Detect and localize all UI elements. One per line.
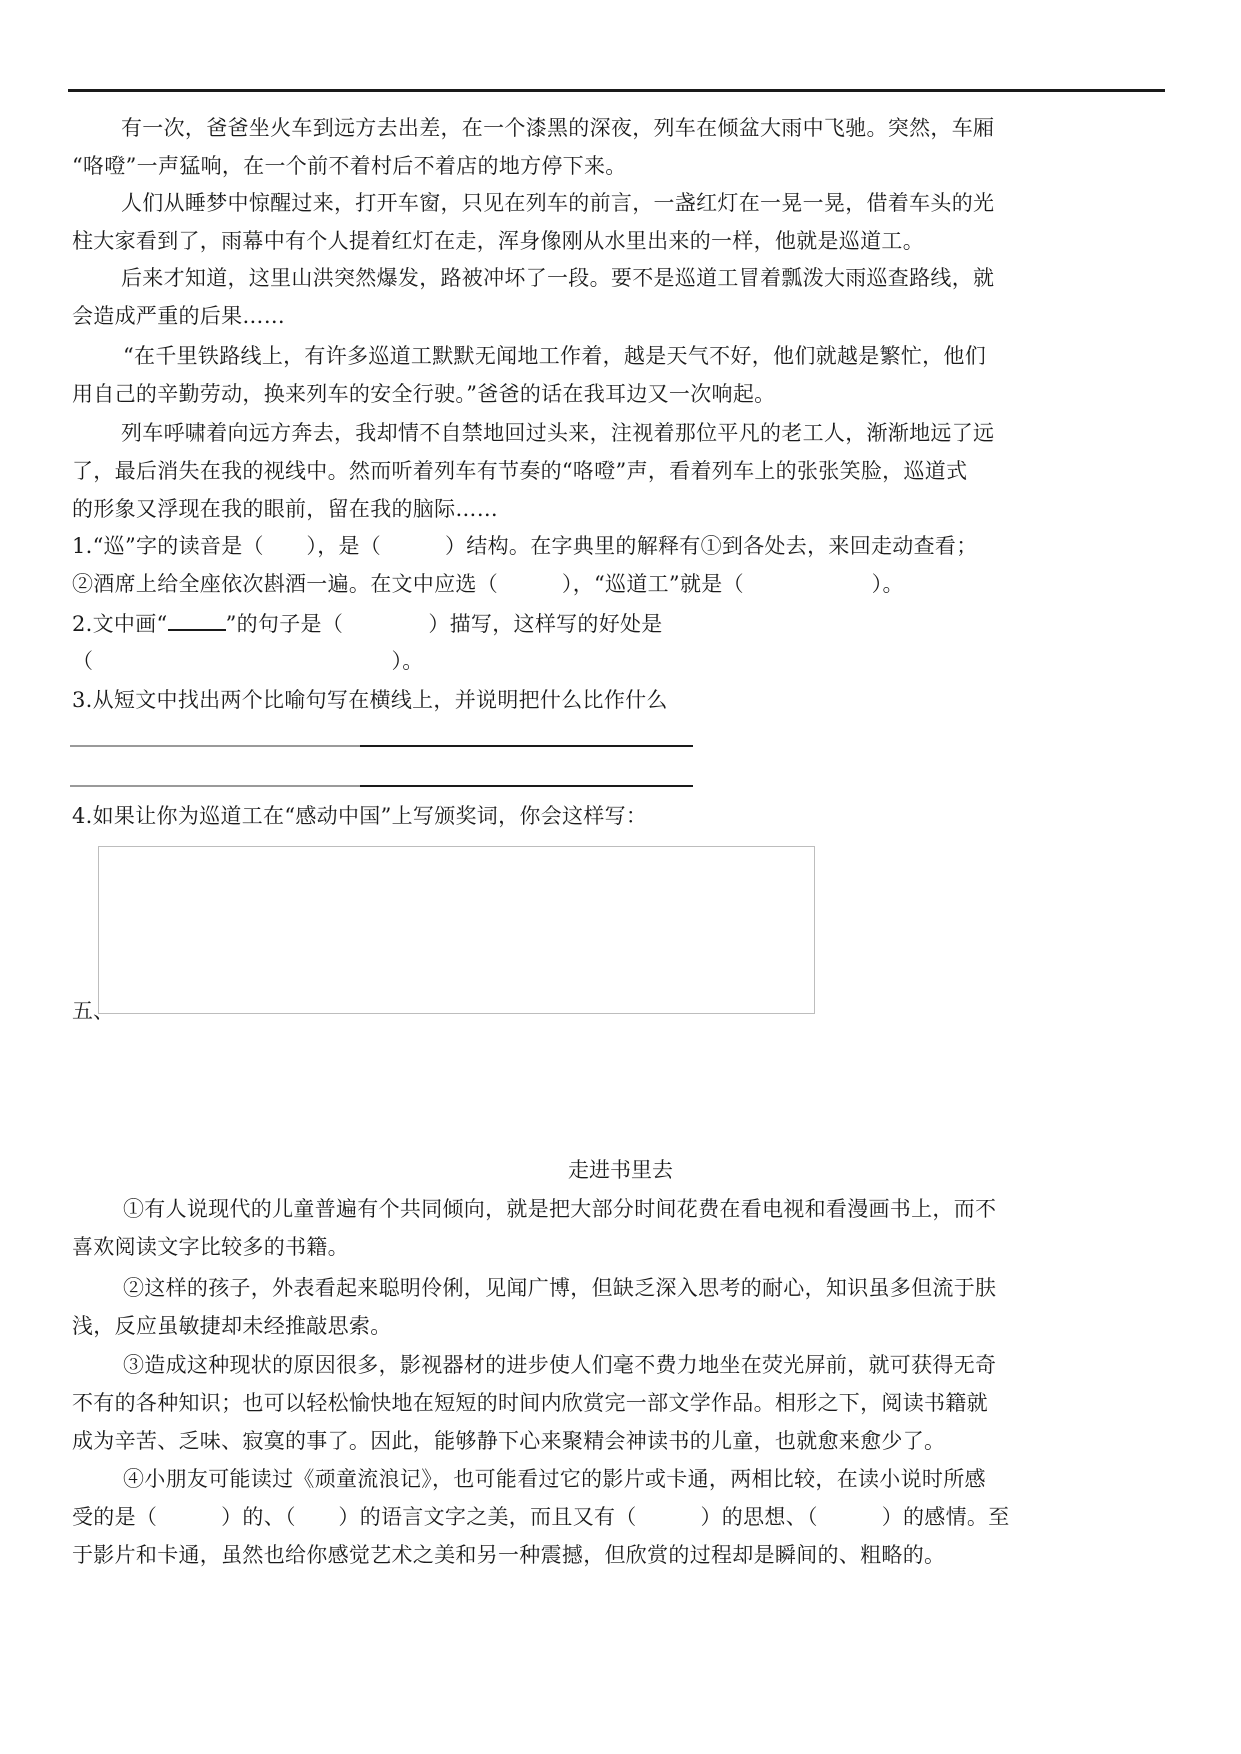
paragraph-line: 会造成严重的后果…… [72, 304, 285, 328]
paragraph-line: 后来才知道，这里山洪突然爆发，路被冲坏了一段。要不是巡道工冒着瓢泼大雨巡查路线，… [121, 266, 994, 290]
paragraph-line: ①有人说现代的儿童普遍有个共同倾向，就是把大部分时间花费在看电视和看漫画书上，而… [123, 1197, 996, 1221]
paragraph-line: 不有的各种知识；也可以轻松愉快地在短短的时间内欣赏完一部文学作品。相形之下，阅读… [72, 1391, 988, 1415]
paragraph-line: 于影片和卡通，虽然也给你感觉艺术之美和另一种震撼，但欣赏的过程却是瞬间的、粗略的… [72, 1543, 945, 1567]
paragraph-line: ②这样的孩子，外表看起来聪明伶俐，见闻广博，但缺乏深入思考的耐心，知识虽多但流于… [123, 1276, 996, 1300]
question-2-suffix: ”的句子是（ ）描写，这样写的好处是 [226, 612, 663, 636]
paragraph-line: 用自己的辛勤劳动，换来列车的安全行驶。”爸爸的话在我耳边又一次响起。 [72, 382, 775, 406]
paragraph-line: “在千里铁路线上，有许多巡道工默默无闻地工作着，越是天气不好，他们就越是繁忙，他… [123, 344, 986, 368]
paragraph-line: 浅，反应虽敏捷却未经推敲思索。 [72, 1314, 392, 1338]
article-title: 走进书里去 [0, 1158, 1241, 1182]
paragraph-line: 有一次，爸爸坐火车到远方去出差，在一个漆黑的深夜，列车在倾盆大雨中飞驰。突然，车… [121, 116, 994, 140]
paragraph-line: 受的是（ ）的、（ ）的语言文字之美，而且又有（ ）的思想、（ ）的感情。至 [72, 1505, 1010, 1529]
paragraph-line: 柱大家看到了，雨幕中有个人提着红灯在走，浑身像刚从水里出来的一样，他就是巡道工。 [72, 229, 924, 253]
paragraph-line: 喜欢阅读文字比较多的书籍。 [72, 1235, 349, 1259]
paragraph-line: ④小朋友可能读过《顽童流浪记》，也可能看过它的影片或卡通，两相比较，在读小说时所… [123, 1467, 986, 1491]
paragraph-line: ③造成这种现状的原因很多，影视器材的进步使人们毫不费力地坐在荧光屏前，就可获得无… [123, 1353, 996, 1377]
answer-line-1[interactable] [70, 745, 693, 747]
paragraph-line: 了，最后消失在我的视线中。然而听着列车有节奏的“咯噔”声，看着列车上的张张笑脸，… [72, 459, 967, 483]
question-1-line-2: ②酒席上给全座依次斟酒一遍。在文中应选（ ），“巡道工”就是（ ）。 [72, 572, 904, 596]
paragraph-line: 的形象又浮现在我的眼前，留在我的脑际…… [72, 497, 498, 521]
question-4-text: 4.如果让你为巡道工在“感动中国”上写颁奖词，你会这样写： [72, 804, 647, 828]
paragraph-line: 人们从睡梦中惊醒过来，打开车窗，只见在列车的前言，一盏红灯在一晃一晃，借着车头的… [121, 191, 994, 215]
paragraph-line: “咯噔”一声猛响，在一个前不着村后不着店的地方停下来。 [72, 154, 627, 178]
award-speech-answer-box[interactable] [98, 846, 815, 1014]
paragraph-line: 列车呼啸着向远方奔去，我却情不自禁地回过头来，注视着那位平凡的老工人，渐渐地远了… [121, 421, 994, 445]
question-2-line-1: 2.文中画“”的句子是（ ）描写，这样写的好处是 [72, 611, 663, 636]
question-2-line-2: （ ）。 [72, 649, 424, 673]
header-divider [68, 89, 1165, 92]
question-2-prefix: 2.文中画“ [72, 612, 168, 636]
paragraph-line: 成为辛苦、乏味、寂寞的事了。因此，能够静下心来聚精会神读书的儿童，也就愈来愈少了… [72, 1429, 945, 1453]
worksheet-page: 有一次，爸爸坐火车到远方去出差，在一个漆黑的深夜，列车在倾盆大雨中飞驰。突然，车… [0, 0, 1241, 1754]
question-1-line-1: 1.“巡”字的读音是（ ），是（ ）结构。在字典里的解释有①到各处去，来回走动查… [72, 534, 978, 558]
question-3-text: 3.从短文中找出两个比喻句写在横线上，并说明把什么比作什么 [72, 688, 668, 712]
answer-line-2[interactable] [70, 785, 693, 787]
underline-blank [168, 611, 226, 631]
